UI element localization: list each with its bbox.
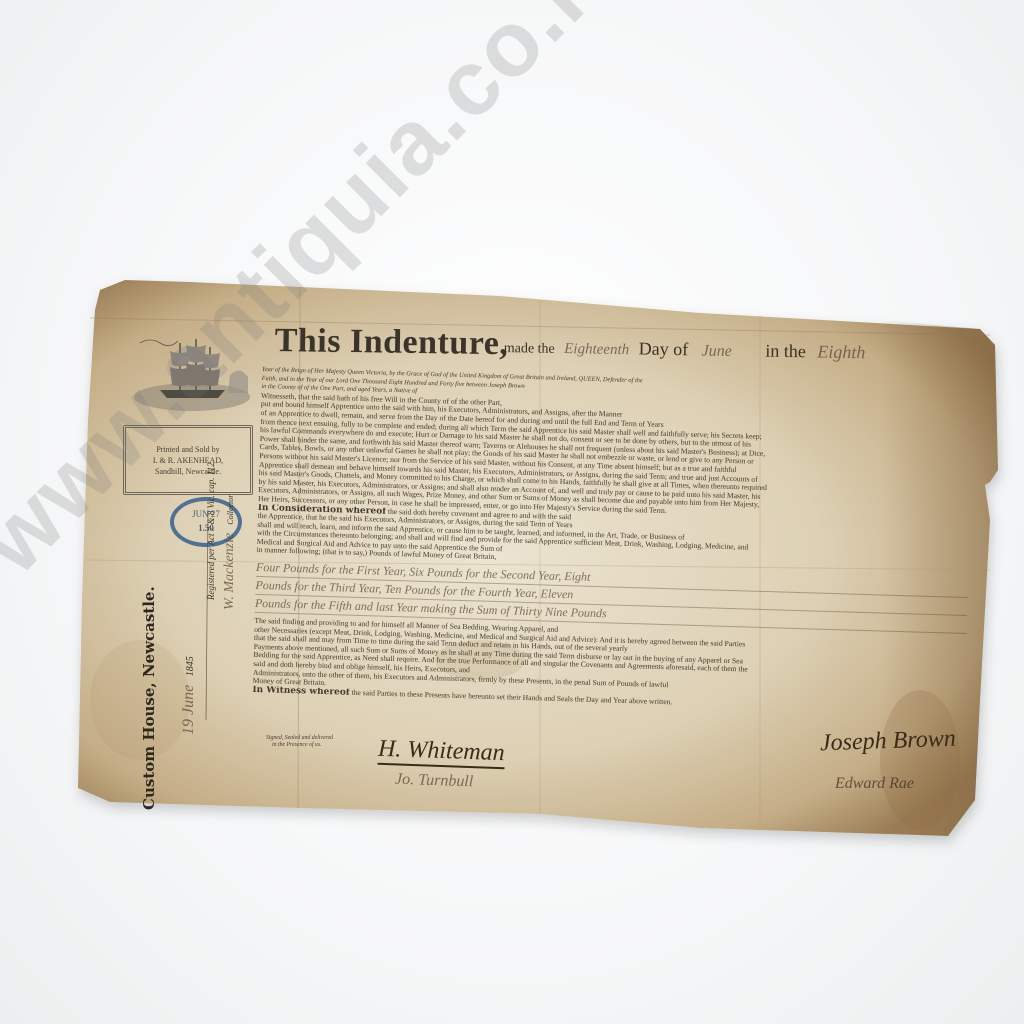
document-title: This Indenture, <box>274 322 508 363</box>
made-the-label: made the <box>504 341 555 357</box>
month-value: June <box>702 342 732 360</box>
registration-year: 1845 <box>185 656 196 676</box>
signed-label-line-2: in the Presence of us. <box>266 742 333 749</box>
day-of-label: Day of <box>639 338 689 359</box>
collector-label: Collector <box>226 495 235 525</box>
registration-date: 19 June <box>180 685 197 735</box>
regnal-year-value: Eighth <box>817 341 865 362</box>
signed-label-line-1: Signed, Sealed and delivered <box>266 735 333 742</box>
collector-signature: W. Mackenzie <box>222 533 237 610</box>
title-continuation: made the Eighteenth Day of June in the E… <box>504 336 866 363</box>
party-signature-1: Joseph Brown <box>820 726 957 758</box>
collector-block: W. Mackenzie Collector <box>222 495 238 610</box>
signed-sealed-label: Signed, Sealed and delivered in the Pres… <box>266 735 333 749</box>
indenture-body: Year of the Reign of Her Majesty Queen V… <box>252 366 973 715</box>
in-the-label: in the <box>765 341 806 362</box>
registered-per-act: Registered per Act 7 & 8 Vic. cap. 112 <box>206 462 216 600</box>
registration-line: 19 June 1845 <box>180 656 198 735</box>
witness-signature-2: Jo. Turnbull <box>395 771 474 792</box>
custom-house-label: Custom House, Newcastle. <box>140 586 158 810</box>
indenture-document: Printed and Sold by I. & R. AKENHEAD, Sa… <box>0 0 1024 1024</box>
witness-heading: In Witness whereof <box>252 686 350 698</box>
witness-signature-1: H. Whiteman <box>378 736 506 769</box>
party-signature-2: Edward Rae <box>835 775 914 793</box>
photo-scene: Printed and Sold by I. & R. AKENHEAD, Sa… <box>0 0 1024 1024</box>
day-value: Eighteenth <box>564 341 629 358</box>
